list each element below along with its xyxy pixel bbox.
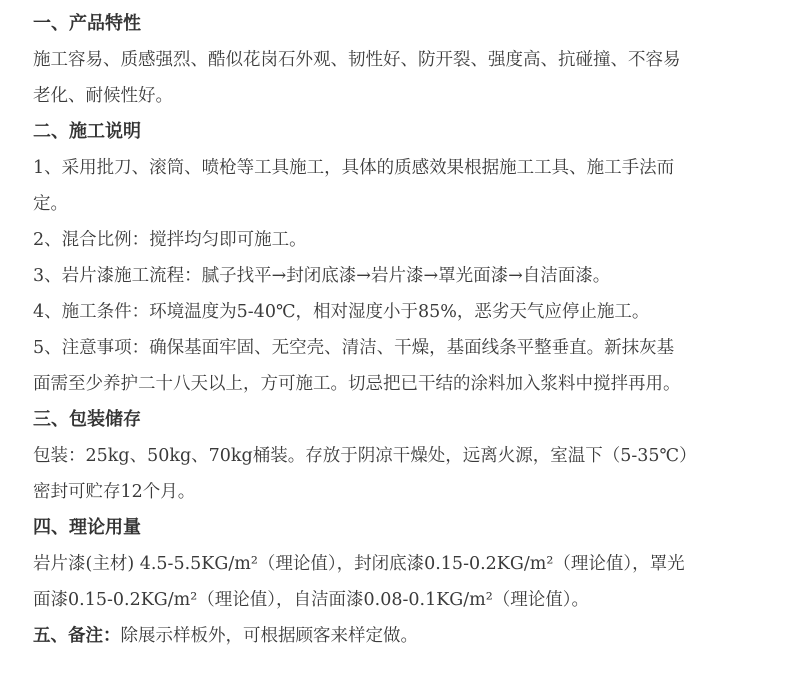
section-heading-notes: 五、备注： [33,626,121,646]
construction-text-line-7: 面需至少养护二十八天以上，方可施工。切忌把已干结的涂料加入浆料中搅拌再用。 [33,366,793,402]
section-heading-construction: 二、施工说明 [33,114,793,150]
construction-text-line-4: 3、岩片漆施工流程：腻子找平→封闭底漆→岩片漆→罩光面漆→自洁面漆。 [33,258,793,294]
construction-text-line-2: 定。 [33,186,793,222]
notes-text: 除展示样板外，可根据顾客来样定做。 [121,626,419,646]
features-text-line-1: 施工容易、质感强烈、酷似花岗石外观、韧性好、防开裂、强度高、抗碰撞、不容易 [33,42,793,78]
construction-text-line-5: 4、施工条件：环境温度为5-40℃，相对湿度小于85%，恶劣天气应停止施工。 [33,294,793,330]
usage-text-line-2: 面漆0.15-0.2KG/m²（理论值），自洁面漆0.08-0.1KG/m²（理… [33,582,793,618]
notes-line: 五、备注：除展示样板外，可根据顾客来样定做。 [33,618,793,654]
construction-text-line-1: 1、采用批刀、滚筒、喷枪等工具施工，具体的质感效果根据施工工具、施工手法而 [33,150,793,186]
section-heading-features: 一、产品特性 [33,6,793,42]
section-heading-packaging: 三、包装储存 [33,402,793,438]
packaging-text-line-2: 密封可贮存12个月。 [33,474,793,510]
packaging-text-line-1: 包装：25kg、50kg、70kg桶装。存放于阴凉干燥处，远离火源，室温下（5-… [33,438,793,474]
product-spec-document: 一、产品特性 施工容易、质感强烈、酷似花岗石外观、韧性好、防开裂、强度高、抗碰撞… [33,6,793,654]
usage-text-line-1: 岩片漆(主材) 4.5-5.5KG/m²（理论值），封闭底漆0.15-0.2KG… [33,546,793,582]
section-heading-usage: 四、理论用量 [33,510,793,546]
construction-text-line-3: 2、混合比例：搅拌均匀即可施工。 [33,222,793,258]
features-text-line-2: 老化、耐候性好。 [33,78,793,114]
construction-text-line-6: 5、注意事项：确保基面牢固、无空壳、清洁、干燥，基面线条平整垂直。新抹灰基 [33,330,793,366]
